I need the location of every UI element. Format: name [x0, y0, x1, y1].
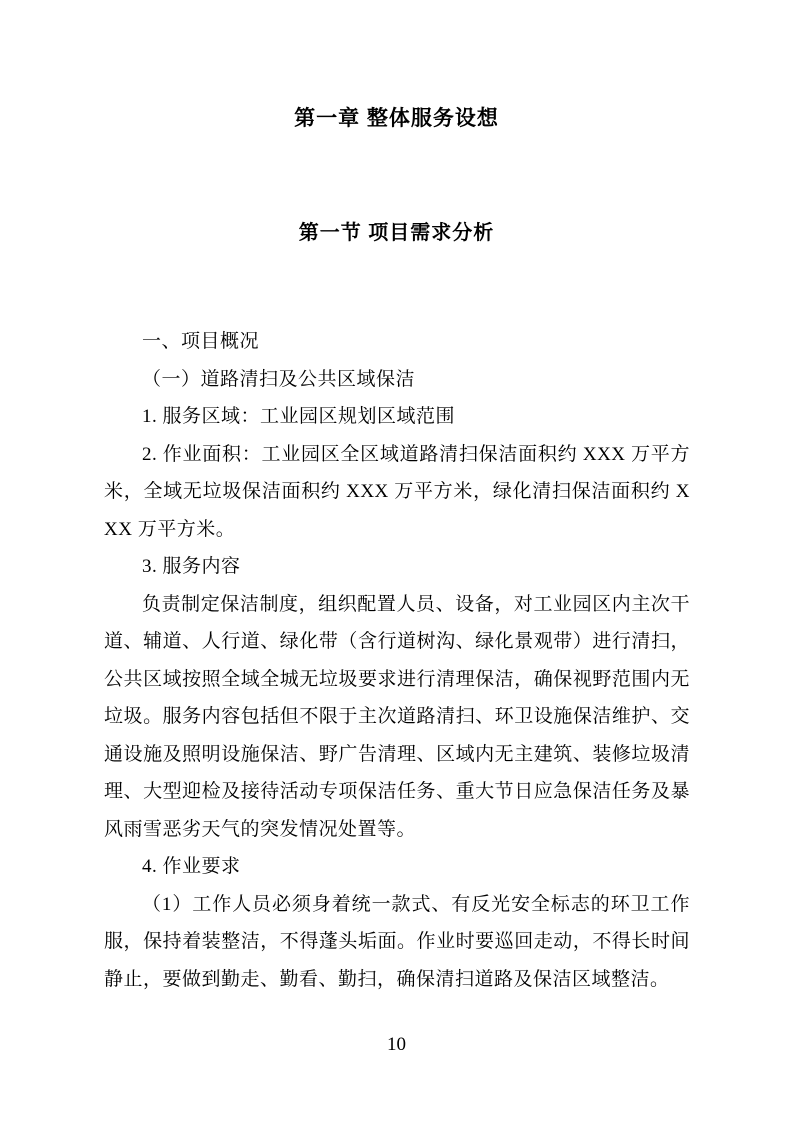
paragraph-work-requirements-heading: 4. 作业要求 — [104, 848, 690, 886]
document-page: 第一章 整体服务设想 第一节 项目需求分析 一、项目概况 （一）道路清扫及公共区… — [0, 0, 793, 1122]
section-title: 第一节 项目需求分析 — [0, 218, 793, 248]
paragraph-road-cleaning-heading: （一）道路清扫及公共区域保洁 — [104, 361, 690, 399]
chapter-title: 第一章 整体服务设想 — [0, 104, 793, 134]
page-number: 10 — [0, 1026, 793, 1064]
paragraph-service-content-heading: 3. 服务内容 — [104, 548, 690, 586]
paragraph-service-content-body: 负责制定保洁制度，组织配置人员、设备，对工业园区内主次干道、辅道、人行道、绿化带… — [104, 586, 690, 849]
paragraph-service-area: 1. 服务区域：工业园区规划区域范围 — [104, 398, 690, 436]
document-body: 一、项目概况 （一）道路清扫及公共区域保洁 1. 服务区域：工业园区规划区域范围… — [104, 323, 690, 998]
paragraph-project-overview-heading: 一、项目概况 — [104, 323, 690, 361]
paragraph-work-area: 2. 作业面积：工业园区全区域道路清扫保洁面积约 XXX 万平方米，全域无垃圾保… — [104, 436, 690, 549]
paragraph-work-requirements-item1: （1）工作人员必须身着统一款式、有反光安全标志的环卫工作服，保持着装整洁，不得蓬… — [104, 886, 690, 999]
